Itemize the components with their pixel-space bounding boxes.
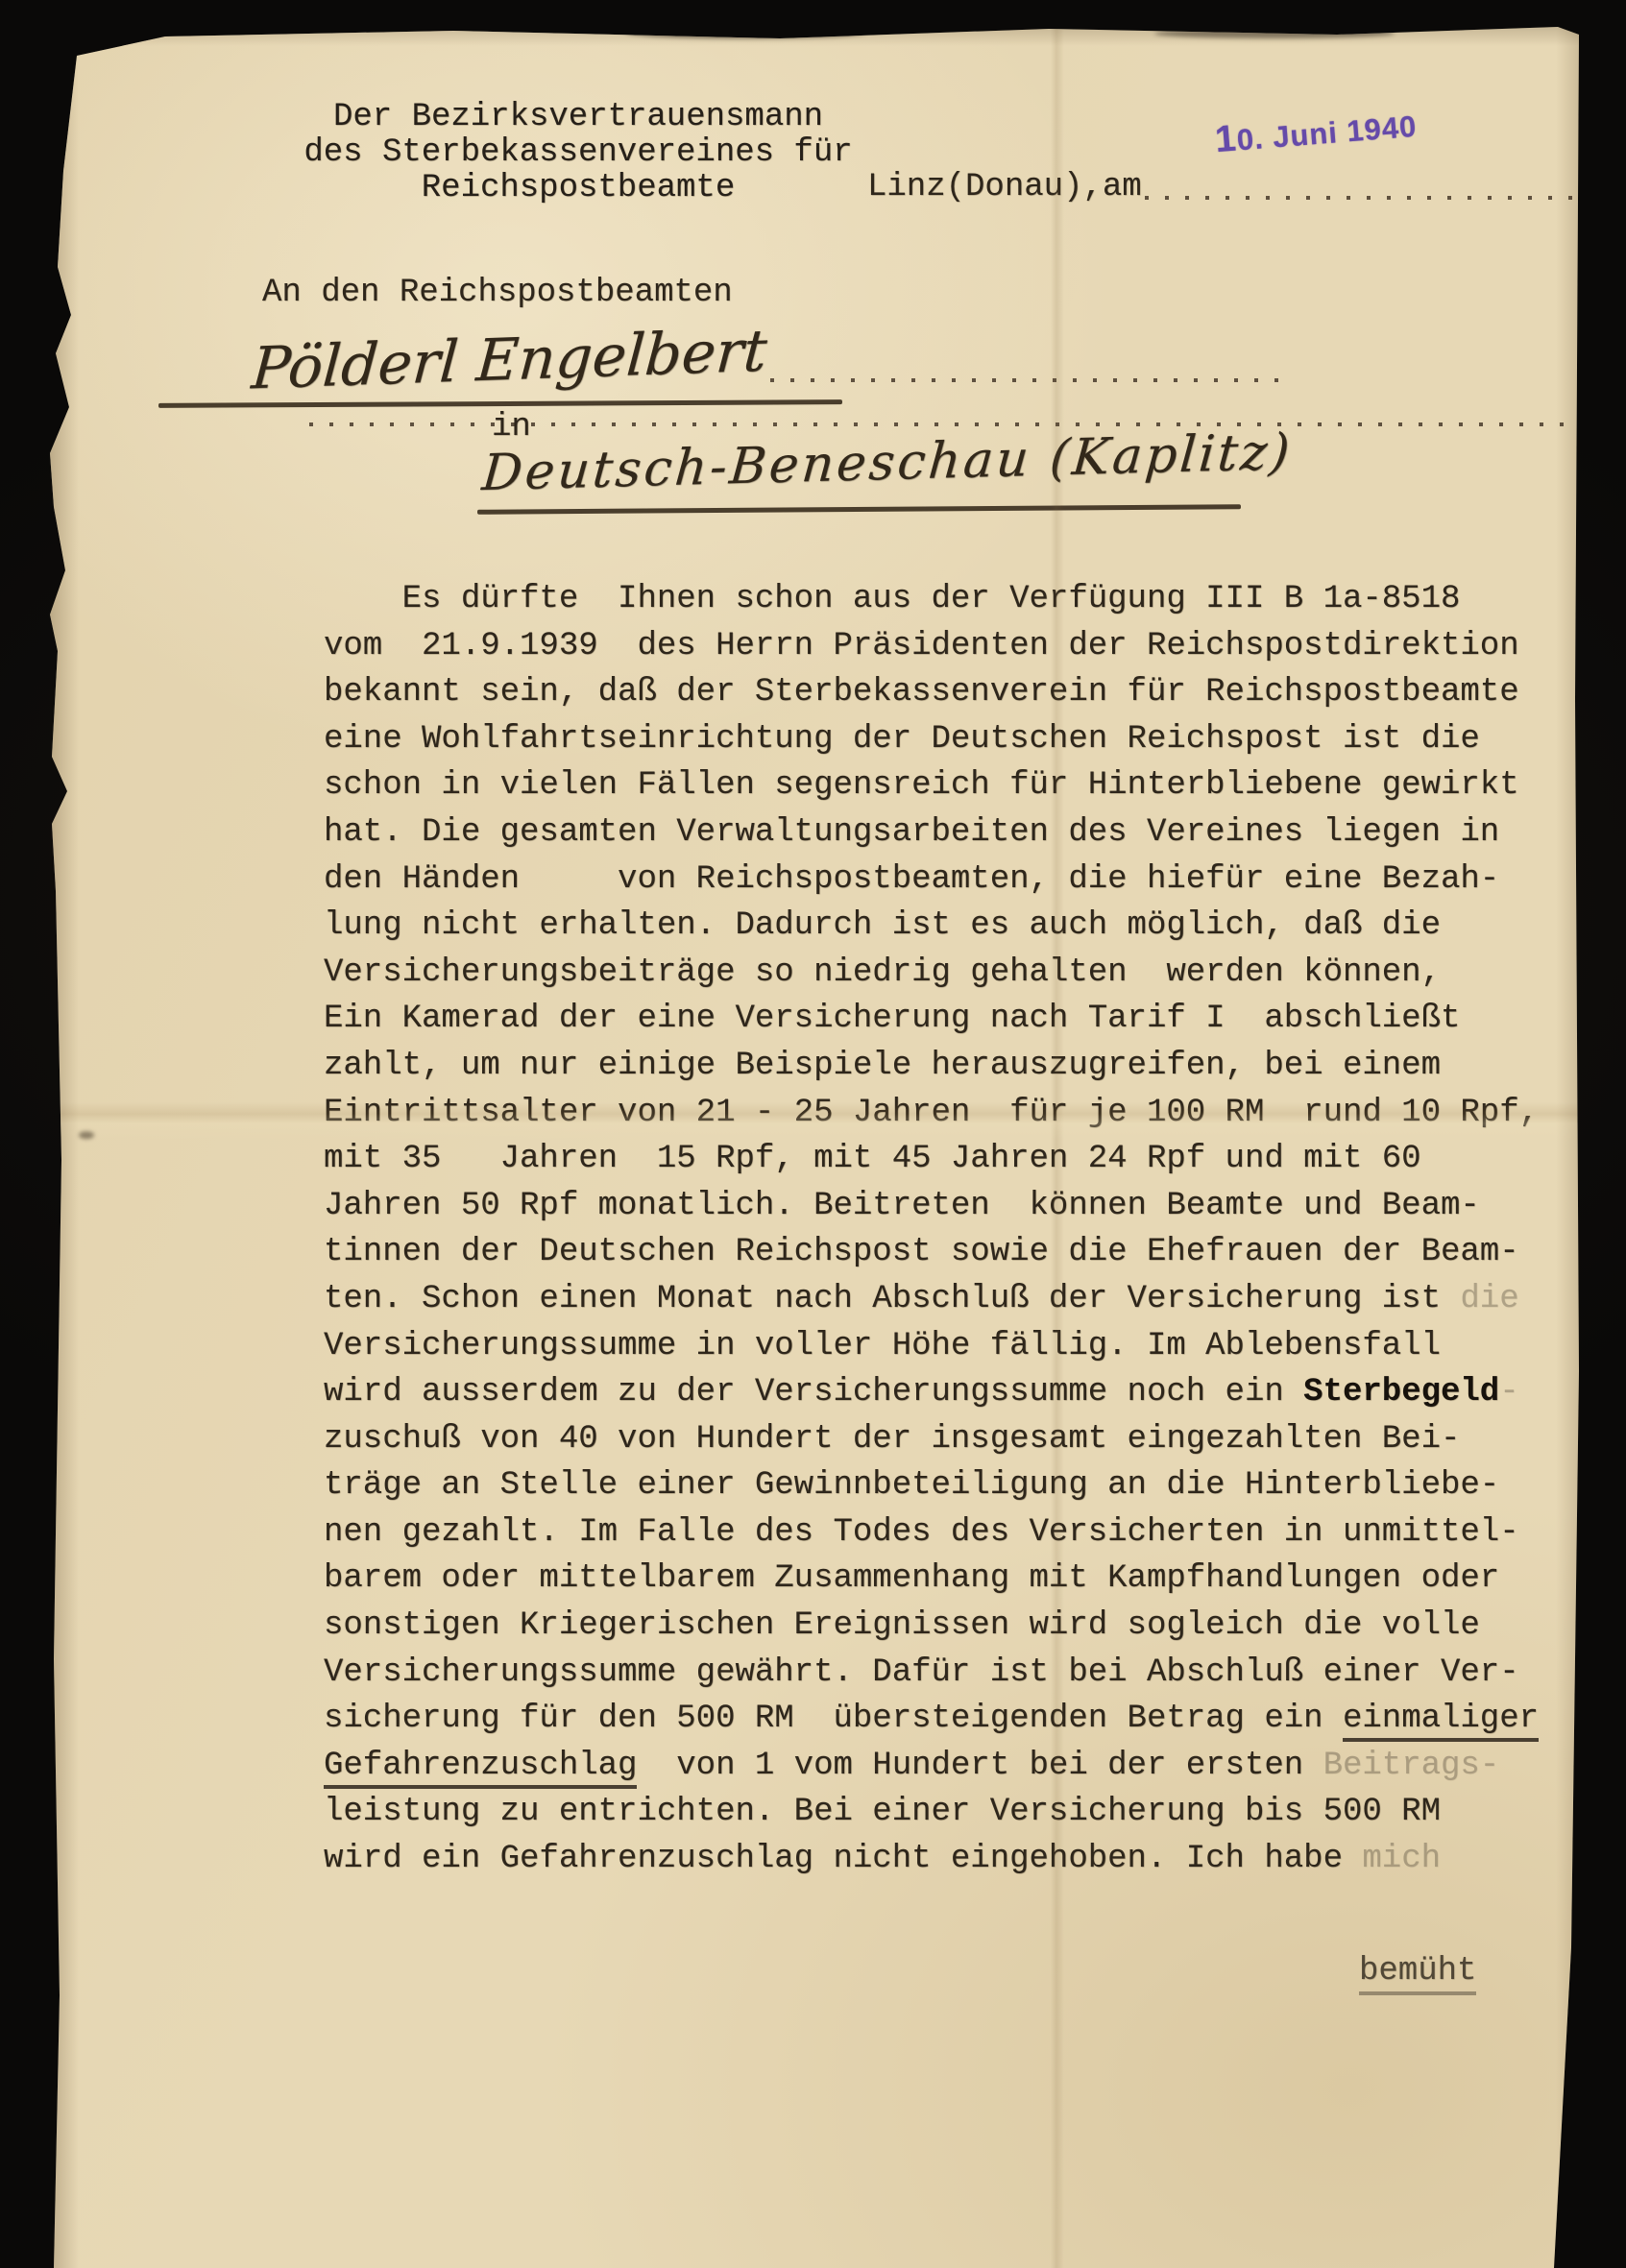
body-text-line: wird ausserdem zu der Versicherungssumme… bbox=[324, 1369, 1539, 1416]
body-text-line: barem oder mittelbarem Zusammenhang mit … bbox=[324, 1556, 1539, 1603]
preposition-in: in bbox=[492, 409, 531, 446]
body-text-line: vom 21.9.1939 des Herrn Präsidenten der … bbox=[324, 623, 1539, 670]
letterhead-line-1: Der Bezirksvertrauensmann bbox=[280, 100, 876, 135]
letterhead: Der Bezirksvertrauensmann des Sterbekass… bbox=[280, 100, 876, 206]
closing-word: bemüht bbox=[1359, 1953, 1476, 1990]
body-text-line: hat. Die gesamten Verwaltungsarbeiten de… bbox=[324, 809, 1539, 857]
date-dotted-line bbox=[1145, 196, 1574, 200]
letterhead-line-2: des Sterbekassenvereines für bbox=[280, 135, 876, 171]
body-text-line: ten. Schon einen Monat nach Abschluß der… bbox=[324, 1276, 1539, 1323]
body-text-line: bekannt sein, daß der Sterbekassenverein… bbox=[324, 669, 1539, 716]
paper-edge-smudge bbox=[1154, 29, 1395, 38]
margin-speck bbox=[79, 1131, 94, 1139]
closing-word-text: bemüht bbox=[1359, 1953, 1476, 1995]
body-text-line: mit 35 Jahren 15 Rpf, mit 45 Jahren 24 R… bbox=[324, 1136, 1539, 1183]
body-text-line: Es dürfte Ihnen schon aus der Verfügung … bbox=[324, 576, 1539, 623]
body-text-line: lung nicht erhalten. Dadurch ist es auch… bbox=[324, 903, 1539, 950]
body-text-line: den Händen von Reichspostbeamten, die hi… bbox=[324, 857, 1539, 904]
recipient-name-handwritten: Pölderl Engelbert bbox=[250, 318, 769, 403]
body-text-line: wird ein Gefahrenzuschlag nicht eingehob… bbox=[324, 1836, 1539, 1883]
body-text-line: sonstigen Kriegerischen Ereignissen wird… bbox=[324, 1603, 1539, 1650]
body-text-line: Gefahrenzuschlag von 1 vom Hundert bei d… bbox=[324, 1743, 1539, 1790]
recipient-place-handwritten: Deutsch-Beneschau (Kaplitz) bbox=[480, 423, 1295, 502]
letter-paper-sheet: Der Bezirksvertrauensmann des Sterbekass… bbox=[50, 27, 1579, 2268]
body-text-line: Versicherungssumme gewährt. Dafür ist be… bbox=[324, 1650, 1539, 1697]
place-underline bbox=[477, 504, 1241, 515]
letter-body: Es dürfte Ihnen schon aus der Verfügung … bbox=[324, 576, 1539, 1883]
scanned-letter-screen: Der Bezirksvertrauensmann des Sterbekass… bbox=[0, 0, 1626, 2268]
letterhead-line-3: Reichspostbeamte bbox=[280, 171, 876, 206]
body-text-line: zahlt, um nur einige Beispiele herauszug… bbox=[324, 1043, 1539, 1090]
body-text-line: schon in vielen Fällen segensreich für H… bbox=[324, 762, 1539, 809]
body-text-line: zuschuß von 40 von Hundert der insgesamt… bbox=[324, 1416, 1539, 1463]
body-text-line: eine Wohlfahrtseinrichtung der Deutschen… bbox=[324, 716, 1539, 763]
body-text-line: träge an Stelle einer Gewinnbeteiligung … bbox=[324, 1462, 1539, 1509]
body-text-line: Eintrittsalter von 21 - 25 Jahren für je… bbox=[324, 1090, 1539, 1137]
place-date-label: Linz(Donau),am bbox=[867, 169, 1142, 205]
body-text-line: Versicherungsbeiträge so niedrig gehalte… bbox=[324, 950, 1539, 997]
body-text-line: nen gezahlt. Im Falle des Todes des Vers… bbox=[324, 1509, 1539, 1556]
name-dotted-line bbox=[770, 378, 1294, 382]
body-text-line: tinnen der Deutschen Reichspost sowie di… bbox=[324, 1229, 1539, 1276]
body-text-line: Jahren 50 Rpf monatlich. Beitreten könne… bbox=[324, 1183, 1539, 1230]
body-text-line: Versicherungssumme in voller Höhe fällig… bbox=[324, 1323, 1539, 1370]
body-text-line: sicherung für den 500 RM übersteigenden … bbox=[324, 1696, 1539, 1743]
date-stamp: 10. Juni 1940 bbox=[1214, 104, 1419, 161]
body-text-line: leistung zu entrichten. Bei einer Versic… bbox=[324, 1789, 1539, 1836]
body-text-line: Ein Kamerad der eine Versicherung nach T… bbox=[324, 996, 1539, 1043]
salutation: An den Reichspostbeamten bbox=[262, 275, 733, 311]
paper-edge-smudge bbox=[626, 27, 866, 38]
